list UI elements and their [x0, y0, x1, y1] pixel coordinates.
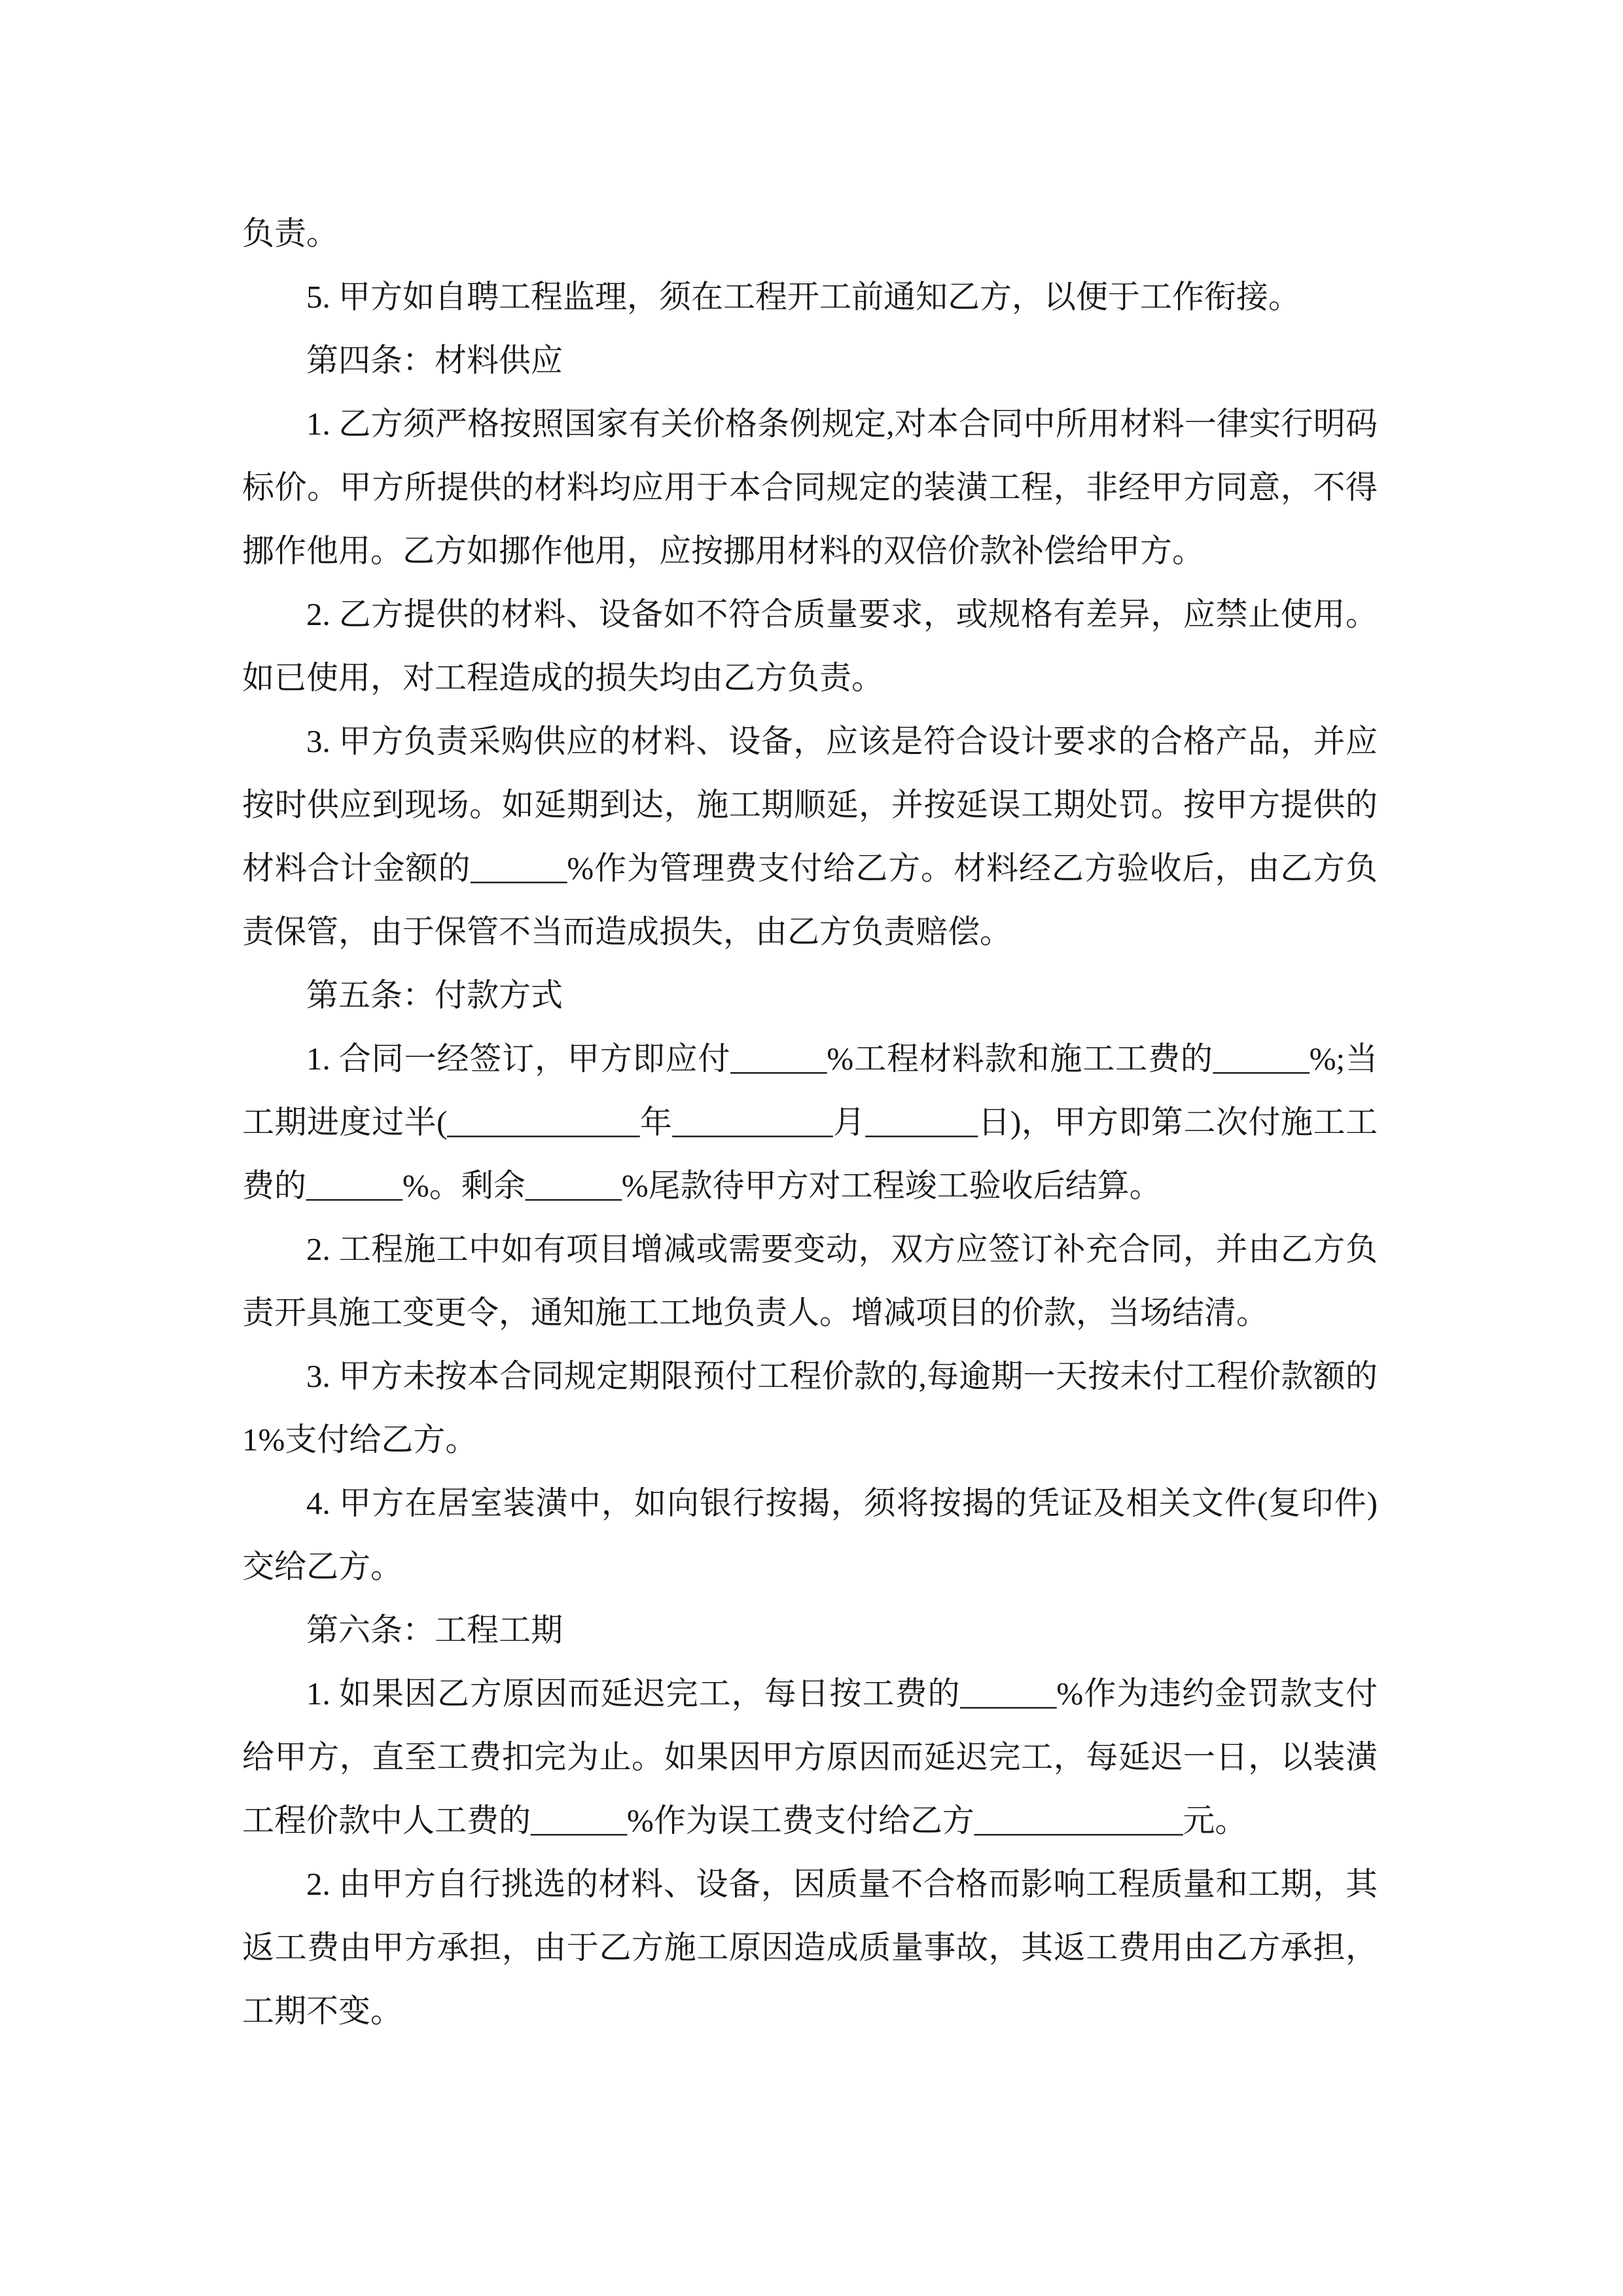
contract-page: 负责。5. 甲方如自聘工程监理，须在工程开工前通知乙方，以便于工作衔接。第四条：…: [0, 0, 1623, 2296]
contract-paragraph: 3. 甲方未按本合同规定期限预付工程价款的,每逾期一天按未付工程价款额的 1%支…: [242, 1344, 1378, 1471]
contract-paragraph: 2. 工程施工中如有项目增减或需要变动，双方应签订补充合同，并由乙方负责开具施工…: [242, 1217, 1378, 1344]
contract-paragraph: 3. 甲方负责采购供应的材料、设备，应该是符合设计要求的合格产品，并应按时供应到…: [242, 709, 1378, 963]
contract-paragraph: 1. 乙方须严格按照国家有关价格条例规定,对本合同中所用材料一律实行明码标价。甲…: [242, 392, 1378, 583]
contract-paragraph: 2. 乙方提供的材料、设备如不符合质量要求，或规格有差异，应禁止使用。如已使用，…: [242, 583, 1378, 709]
contract-body: 负责。5. 甲方如自聘工程监理，须在工程开工前通知乙方，以便于工作衔接。第四条：…: [242, 202, 1378, 2043]
contract-paragraph: 4. 甲方在居室装潢中，如向银行按揭，须将按揭的凭证及相关文件(复印件)交给乙方…: [242, 1471, 1378, 1598]
contract-paragraph: 1. 如果因乙方原因而延迟完工，每日按工费的______%作为违约金罚款支付给甲…: [242, 1662, 1378, 1852]
section-heading: 第四条：材料供应: [242, 329, 1378, 392]
contract-paragraph: 5. 甲方如自聘工程监理，须在工程开工前通知乙方，以便于工作衔接。: [242, 265, 1378, 329]
contract-paragraph: 2. 由甲方自行挑选的材料、设备，因质量不合格而影响工程质量和工期，其返工费由甲…: [242, 1852, 1378, 2043]
contract-paragraph: 1. 合同一经签订，甲方即应付______%工程材料款和施工工费的______%…: [242, 1027, 1378, 1217]
contract-paragraph: 负责。: [242, 202, 1378, 265]
section-heading: 第五条：付款方式: [242, 963, 1378, 1027]
section-heading: 第六条：工程工期: [242, 1598, 1378, 1662]
